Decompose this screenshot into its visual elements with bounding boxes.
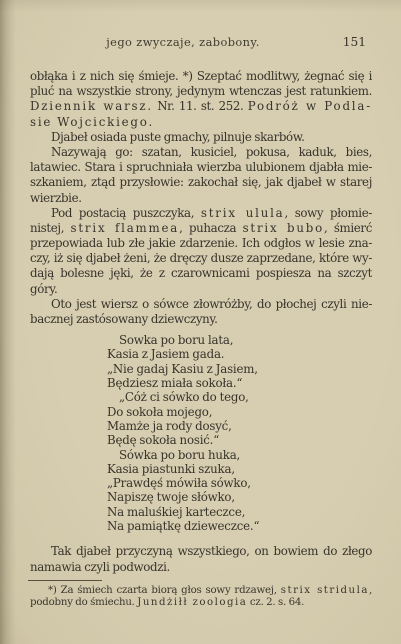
body-line: obłąka i z nich się śmieje. *) Szeptać m… xyxy=(30,69,372,84)
cited-work-title: Jundżiłł zoologia xyxy=(137,597,247,608)
body-line: przepowiada lub złe jakie zdarzenie. Ich… xyxy=(30,236,372,251)
body-line: Nazywają go: szatan, kusiciel, pokusa, k… xyxy=(30,145,372,160)
scanned-book-page: jego zwyczaje, zabobony. 151 obłąka i z … xyxy=(0,0,401,644)
body-line: bacznej zastósowany dziewczyny. xyxy=(30,312,372,327)
poem-line: Kasia piastunki szuka, xyxy=(107,462,372,476)
body-line: latawiec. Stara i spruchniała wierzba ul… xyxy=(30,160,372,175)
poem-line: Na maluśkiej karteczce, xyxy=(107,505,372,519)
emphasized-source-title: Podróż w Podla- xyxy=(248,99,372,113)
body-line: góry. xyxy=(30,282,372,297)
latin-species-name: strix ulula xyxy=(201,206,285,220)
footnote-block: *) Za śmiech czarta biorą głos sowy rdza… xyxy=(30,585,372,610)
latin-species-name: strix flammea xyxy=(71,221,180,235)
latin-species-name: strix bubo xyxy=(243,221,324,235)
body-line-segment: Nr. 11. st. 252. xyxy=(153,99,248,113)
closing-paragraph: Tak djabeł przyczyną wszystkiego, on bow… xyxy=(30,544,372,574)
poem-line: Na pamiątkę dzieweczce.“ xyxy=(107,519,372,533)
poem-line: „Prawdęś mówiła sówko, xyxy=(107,476,372,490)
poem-line: „Cóż ci sówko do tego, xyxy=(107,390,372,404)
poem-line: Mamże ja rody dosyć, xyxy=(107,419,372,433)
poem-line: Będziesz miała sokoła.“ xyxy=(107,376,372,390)
body-line: Oto jest wiersz o sówce złowróżby, do pł… xyxy=(30,297,372,312)
poem-line: Sowka po boru lata, xyxy=(107,333,372,347)
latin-species-name: strix stridula xyxy=(281,585,369,596)
body-line: czy, iż się djabeł żeni, że dręczy dusze… xyxy=(30,251,372,266)
poem-line: Kasia z Jasiem gada. xyxy=(107,347,372,361)
page-header: jego zwyczaje, zabobony. 151 xyxy=(30,34,372,50)
body-line: Djabeł osiada puste gmachy, pilnuje skar… xyxy=(30,130,372,145)
body-line: pluć na wszystkie strony, jedynym wtencz… xyxy=(30,84,372,99)
poem-line: Sówka po boru huka, xyxy=(107,448,372,462)
body-line: nistej, strix flammea, puhacza strix bub… xyxy=(30,221,372,236)
footnote-segment: , xyxy=(369,585,372,596)
body-text: obłąka i z nich się śmieje. *) Szeptać m… xyxy=(30,69,372,327)
poem-line: Będę sokoła nosić.“ xyxy=(107,433,372,447)
emphasized-source-title: Dziennik warsz. xyxy=(30,99,153,113)
footnote-line: *) Za śmiech czarta biorą głos sowy rdza… xyxy=(30,585,372,597)
body-line-segment: nistej, xyxy=(30,221,71,235)
running-title: jego zwyczaje, zabobony. xyxy=(12,34,354,50)
body-line: Tak djabeł przyczyną wszystkiego, on bow… xyxy=(30,544,372,559)
poem-block: Sowka po boru lata, Kasia z Jasiem gada.… xyxy=(107,333,372,533)
body-line: sie Wojcickiego. xyxy=(30,115,372,130)
body-line: szkaniem, ztąd przysłowie: zakochał się,… xyxy=(30,175,372,190)
footnote-divider xyxy=(28,580,102,581)
page-gutter-shadow xyxy=(0,0,16,644)
poem-line: Do sokoła mojego, xyxy=(107,405,372,419)
body-line: dają bolesne jęki, że z czarownicami pos… xyxy=(30,266,372,281)
body-line: Dziennik warsz. Nr. 11. st. 252. Podróż … xyxy=(30,99,372,114)
emphasized-source-title: sie Wojcickiego. xyxy=(30,115,154,129)
body-line: Pod postacią puszczyka, strix ulula, sow… xyxy=(30,206,372,221)
poem-line: Napiszę twoje słówko, xyxy=(107,490,372,504)
body-line: wierzbie. xyxy=(30,191,372,206)
text-column: jego zwyczaje, zabobony. 151 obłąka i z … xyxy=(30,0,372,610)
page-number: 151 xyxy=(343,34,366,50)
footnote-line: podobny do śmiechu. Jundżiłł zoologia cz… xyxy=(30,597,372,609)
body-line-segment: , puhacza xyxy=(179,221,242,235)
footnote-segment: cz. 2. s. 64. xyxy=(247,597,304,608)
body-line: namawia czyli podwodzi. xyxy=(30,560,372,575)
body-line-segment: Pod postacią puszczyka, xyxy=(51,206,201,220)
body-line-segment: , sowy płomie- xyxy=(285,206,372,220)
footnote-segment: *) Za śmiech czarta biorą głos sowy rdza… xyxy=(48,585,281,596)
poem-line: „Nie gadaj Kasiu z Jasiem, xyxy=(107,362,372,376)
footnote-segment: podobny do śmiechu. xyxy=(30,597,137,608)
body-line-segment: , śmierć xyxy=(324,221,372,235)
